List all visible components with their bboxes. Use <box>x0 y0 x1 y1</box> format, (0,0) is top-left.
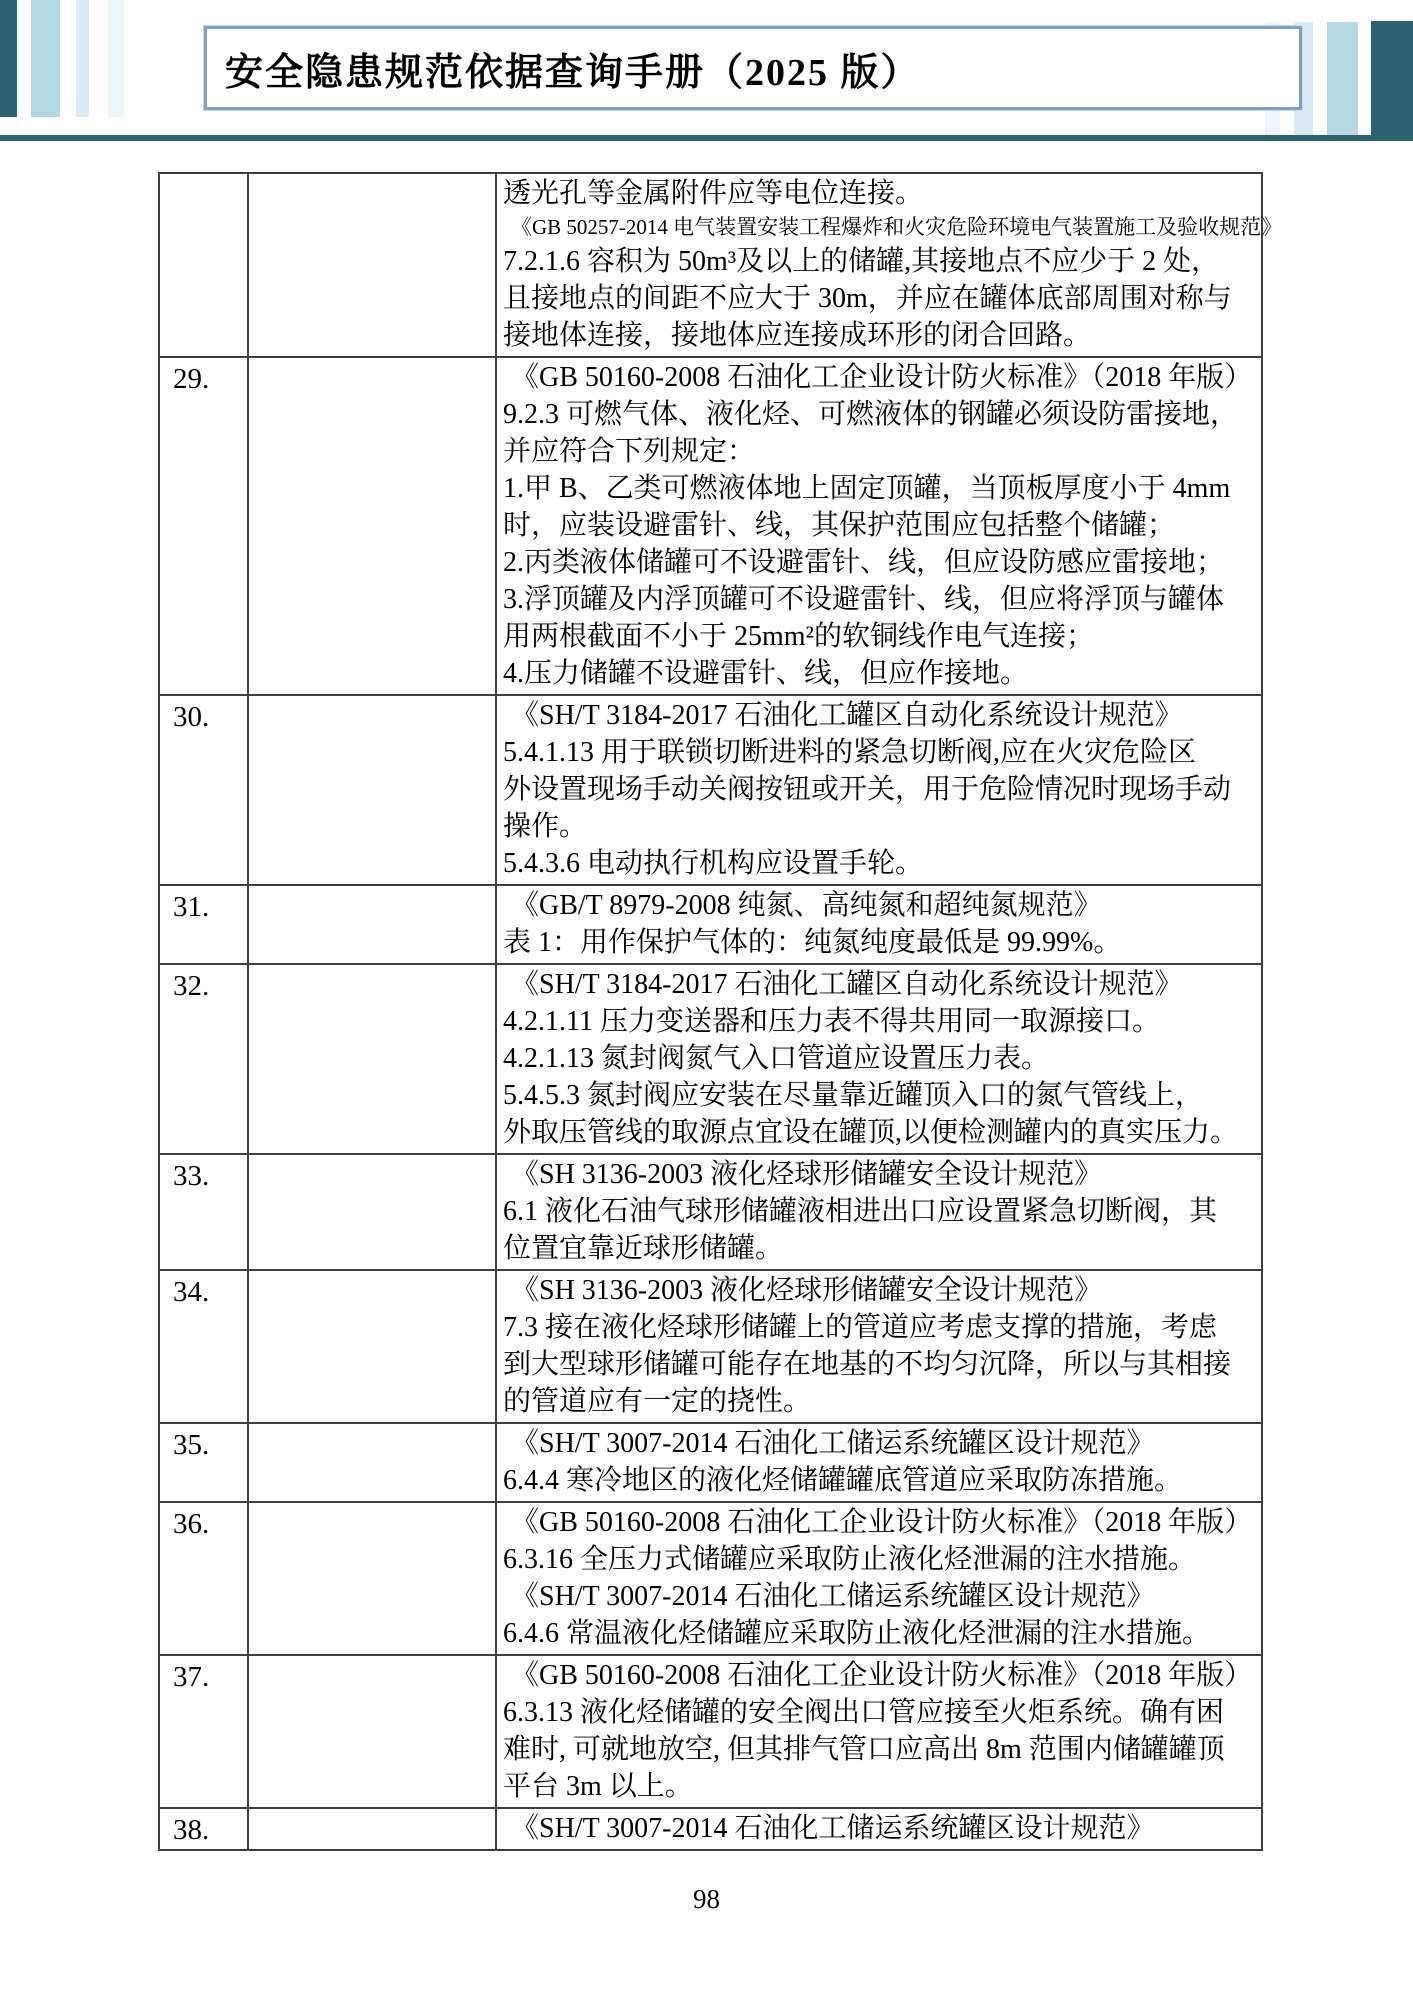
content-line: 《SH 3136-2003 液化烃球形储罐安全设计规范》 <box>503 1272 1255 1309</box>
content-line: 的管道应有一定的挠性。 <box>503 1383 1255 1420</box>
content-line: 1.甲 B、乙类可燃液体地上固定顶罐，当顶板厚度小于 4mm <box>503 470 1255 507</box>
content-line: 6.4.6 常温液化烃储罐应采取防止液化烃泄漏的注水措施。 <box>503 1615 1255 1652</box>
content-line: 《GB 50160-2008 石油化工企业设计防火标准》（2018 年版） <box>503 359 1255 396</box>
row-empty-cell <box>248 695 496 885</box>
content-line: 5.4.3.6 电动执行机构应设置手轮。 <box>503 845 1255 882</box>
deco-stripe-left-4 <box>108 0 124 117</box>
content-line: 操作。 <box>503 808 1255 845</box>
row-number-cell: 33. <box>159 1154 248 1270</box>
content-line: 外取压管线的取源点宜设在罐顶,以便检测罐内的真实压力。 <box>503 1114 1255 1151</box>
row-empty-cell <box>248 173 496 357</box>
row-empty-cell <box>248 964 496 1154</box>
deco-stripe-left-3 <box>76 0 89 117</box>
content-line: 6.1 液化石油气球形储罐液相进出口应设置紧急切断阀，其 <box>503 1193 1255 1230</box>
content-line: 6.4.4 寒冷地区的液化烃储罐罐底管道应采取防冻措施。 <box>503 1462 1255 1499</box>
content-line: 用两根截面不小于 25mm²的软铜线作电气连接； <box>503 618 1255 655</box>
row-number-cell: 32. <box>159 964 248 1154</box>
row-number-cell: 34. <box>159 1270 248 1423</box>
content-line: 7.2.1.6 容积为 50m³及以上的储罐,其接地点不应少于 2 处， <box>503 243 1255 280</box>
row-empty-cell <box>248 1423 496 1502</box>
content-line: 9.2.3 可燃气体、液化烃、可燃液体的钢罐必须设防雷接地， <box>503 396 1255 433</box>
content-line: 到大型球形储罐可能存在地基的不均匀沉降，所以与其相接 <box>503 1346 1255 1383</box>
content-line: 《SH/T 3007-2014 石油化工储运系统罐区设计规范》 <box>503 1425 1255 1462</box>
title-box: 安全隐患规范依据查询手册（2025 版） <box>204 26 1302 110</box>
row-content-cell: 《SH/T 3184-2017 石油化工罐区自动化系统设计规范》5.4.1.13… <box>496 695 1262 885</box>
table-row: 35. 《SH/T 3007-2014 石油化工储运系统罐区设计规范》6.4.4… <box>159 1423 1262 1502</box>
row-content-cell: 《GB/T 8979-2008 纯氮、高纯氮和超纯氮规范》表 1：用作保护气体的… <box>496 885 1262 964</box>
content-line: 《GB 50160-2008 石油化工企业设计防火标准》（2018 年版） <box>503 1657 1255 1694</box>
content-line: 外设置现场手动关阀按钮或开关，用于危险情况时现场手动 <box>503 771 1255 808</box>
row-content-cell: 《SH 3136-2003 液化烃球形储罐安全设计规范》6.1 液化石油气球形储… <box>496 1154 1262 1270</box>
table-row: 34. 《SH 3136-2003 液化烃球形储罐安全设计规范》7.3 接在液化… <box>159 1270 1262 1423</box>
page-number: 98 <box>0 1884 1413 1915</box>
content-line: 且接地点的间距不应大于 30m，并应在罐体底部周围对称与 <box>503 280 1255 317</box>
content-line: 《SH 3136-2003 液化烃球形储罐安全设计规范》 <box>503 1156 1255 1193</box>
row-empty-cell <box>248 885 496 964</box>
regulation-table-body: 透光孔等金属附件应等电位连接。《GB 50257-2014 电气装置安装工程爆炸… <box>159 173 1262 1850</box>
content-line: 4.2.1.11 压力变送器和压力表不得共用同一取源接口。 <box>503 1003 1255 1040</box>
content-line: 4.2.1.13 氮封阀氮气入口管道应设置压力表。 <box>503 1040 1255 1077</box>
content-line: 难时, 可就地放空, 但其排气管口应高出 8m 范围内储罐罐顶 <box>503 1731 1255 1768</box>
content-line: 《SH/T 3007-2014 石油化工储运系统罐区设计规范》 <box>503 1578 1255 1615</box>
row-content-cell: 《GB 50160-2008 石油化工企业设计防火标准》（2018 年版）6.3… <box>496 1502 1262 1655</box>
page-title: 安全隐患规范依据查询手册（2025 版） <box>207 41 921 96</box>
row-number-cell: 29. <box>159 357 248 695</box>
row-content-cell: 《GB 50160-2008 石油化工企业设计防火标准》（2018 年版）6.3… <box>496 1655 1262 1808</box>
table-row: 透光孔等金属附件应等电位连接。《GB 50257-2014 电气装置安装工程爆炸… <box>159 173 1262 357</box>
row-content-cell: 《GB 50160-2008 石油化工企业设计防火标准》（2018 年版）9.2… <box>496 357 1262 695</box>
content-line: 《GB/T 8979-2008 纯氮、高纯氮和超纯氮规范》 <box>503 887 1255 924</box>
row-number-cell: 38. <box>159 1808 248 1850</box>
row-number-cell: 35. <box>159 1423 248 1502</box>
row-number-cell <box>159 173 248 357</box>
content-line: 位置宜靠近球形储罐。 <box>503 1230 1255 1267</box>
row-content-cell: 《SH/T 3007-2014 石油化工储运系统罐区设计规范》 <box>496 1808 1262 1850</box>
row-empty-cell <box>248 1655 496 1808</box>
content-line: 接地体连接，接地体应连接成环形的闭合回路。 <box>503 317 1255 354</box>
table-row: 29. 《GB 50160-2008 石油化工企业设计防火标准》（2018 年版… <box>159 357 1262 695</box>
content-line: 《SH/T 3007-2014 石油化工储运系统罐区设计规范》 <box>503 1810 1255 1847</box>
table-row: 38. 《SH/T 3007-2014 石油化工储运系统罐区设计规范》 <box>159 1808 1262 1850</box>
content-line: 表 1：用作保护气体的：纯氮纯度最低是 99.99%。 <box>503 924 1255 961</box>
row-number-cell: 36. <box>159 1502 248 1655</box>
content-line: 《SH/T 3184-2017 石油化工罐区自动化系统设计规范》 <box>503 966 1255 1003</box>
content-line: 6.3.16 全压力式储罐应采取防止液化烃泄漏的注水措施。 <box>503 1541 1255 1578</box>
content-line: 5.4.1.13 用于联锁切断进料的紧急切断阀,应在火灾危险区 <box>503 734 1255 771</box>
table-row: 33. 《SH 3136-2003 液化烃球形储罐安全设计规范》6.1 液化石油… <box>159 1154 1262 1270</box>
content-line: 6.3.13 液化烃储罐的安全阀出口管应接至火炬系统。确有困 <box>503 1694 1255 1731</box>
table-row: 37. 《GB 50160-2008 石油化工企业设计防火标准》（2018 年版… <box>159 1655 1262 1808</box>
header-divider-rule <box>0 135 1413 141</box>
table-row: 31. 《GB/T 8979-2008 纯氮、高纯氮和超纯氮规范》表 1：用作保… <box>159 885 1262 964</box>
row-content-cell: 《SH 3136-2003 液化烃球形储罐安全设计规范》7.3 接在液化烃球形储… <box>496 1270 1262 1423</box>
row-empty-cell <box>248 1154 496 1270</box>
content-line: 3.浮顶罐及内浮顶罐可不设避雷针、线，但应将浮顶与罐体 <box>503 581 1255 618</box>
row-content-cell: 透光孔等金属附件应等电位连接。《GB 50257-2014 电气装置安装工程爆炸… <box>496 173 1262 357</box>
row-empty-cell <box>248 357 496 695</box>
deco-stripe-left-2 <box>31 0 60 117</box>
table-row: 36. 《GB 50160-2008 石油化工企业设计防火标准》（2018 年版… <box>159 1502 1262 1655</box>
deco-stripe-dark-left <box>0 0 17 117</box>
table-row: 32. 《SH/T 3184-2017 石油化工罐区自动化系统设计规范》4.2.… <box>159 964 1262 1154</box>
row-empty-cell <box>248 1808 496 1850</box>
content-line: 时，应装设避雷针、线，其保护范围应包括整个储罐； <box>503 507 1255 544</box>
content-line: 7.3 接在液化烃球形储罐上的管道应考虑支撑的措施，考虑 <box>503 1309 1255 1346</box>
deco-stripe-right-3 <box>1327 22 1358 137</box>
row-number-cell: 31. <box>159 885 248 964</box>
row-number-cell: 30. <box>159 695 248 885</box>
content-line: 《GB 50257-2014 电气装置安装工程爆炸和火灾危险环境电气装置施工及验… <box>503 212 1255 243</box>
row-empty-cell <box>248 1270 496 1423</box>
content-line: 《GB 50160-2008 石油化工企业设计防火标准》（2018 年版） <box>503 1504 1255 1541</box>
table-row: 30. 《SH/T 3184-2017 石油化工罐区自动化系统设计规范》5.4.… <box>159 695 1262 885</box>
content-line: 透光孔等金属附件应等电位连接。 <box>503 175 1255 212</box>
content-line: 5.4.5.3 氮封阀应安装在尽量靠近罐顶入口的氮气管线上， <box>503 1077 1255 1114</box>
content-line: 4.压力储罐不设避雷针、线，但应作接地。 <box>503 655 1255 692</box>
content-line: 并应符合下列规定： <box>503 433 1255 470</box>
regulation-table: 透光孔等金属附件应等电位连接。《GB 50257-2014 电气装置安装工程爆炸… <box>158 172 1263 1851</box>
content-line: 平台 3m 以上。 <box>503 1768 1255 1805</box>
content-line: 2.丙类液体储罐可不设避雷针、线，但应设防感应雷接地； <box>503 544 1255 581</box>
row-content-cell: 《SH/T 3007-2014 石油化工储运系统罐区设计规范》6.4.4 寒冷地… <box>496 1423 1262 1502</box>
deco-block-dark-right <box>1371 21 1413 137</box>
row-empty-cell <box>248 1502 496 1655</box>
content-line: 《SH/T 3184-2017 石油化工罐区自动化系统设计规范》 <box>503 697 1255 734</box>
row-content-cell: 《SH/T 3184-2017 石油化工罐区自动化系统设计规范》4.2.1.11… <box>496 964 1262 1154</box>
row-number-cell: 37. <box>159 1655 248 1808</box>
